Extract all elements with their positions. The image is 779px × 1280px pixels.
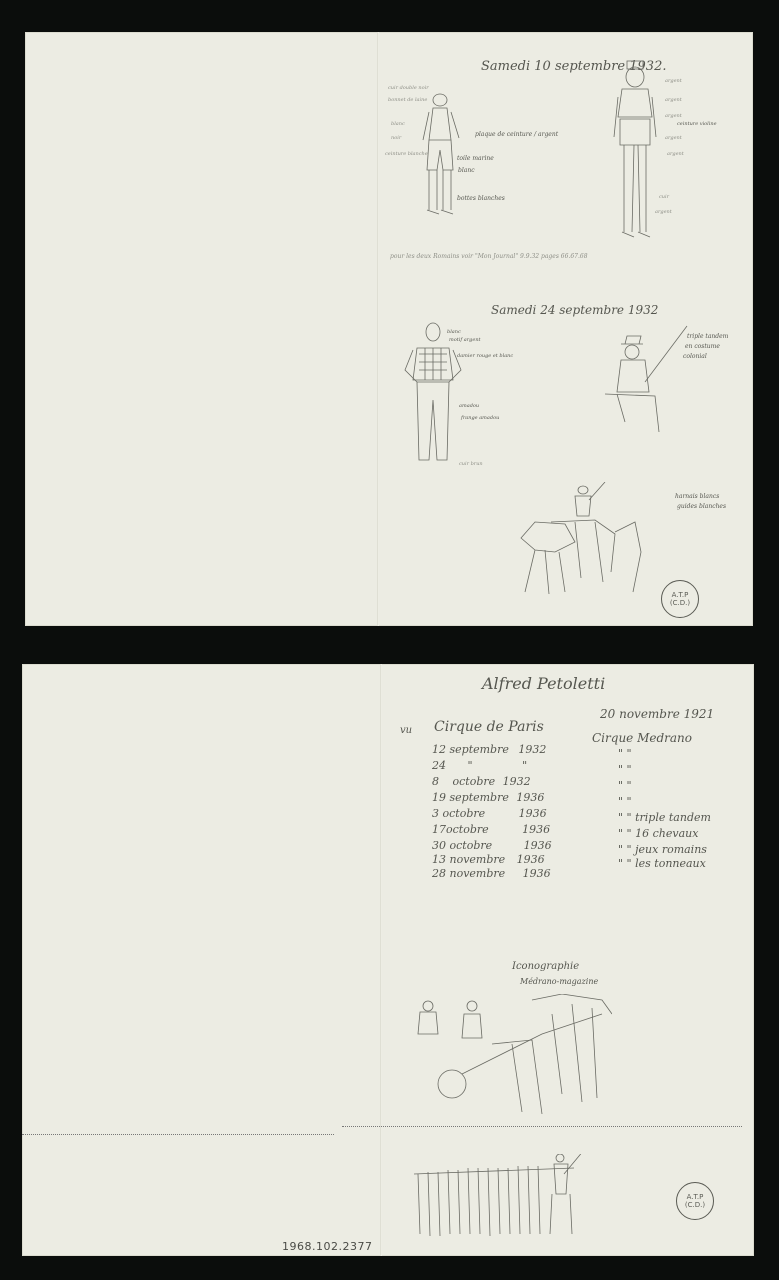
label: blanc [391,122,405,127]
sketch-horse-line-with-rider [414,1154,594,1244]
iconography-source: Médrano-magazine [520,978,598,986]
note: colonial [683,354,707,360]
date-row: 13 novembre 1936 [432,854,545,865]
sketch-carriage-with-horses [412,994,612,1124]
note: amadou [459,404,479,409]
sketch-seated-rider-with-stick [595,322,695,442]
accession-number: 1968.102.2377 [282,1240,372,1253]
sketch-horses-with-rider [515,482,645,602]
medrano-row: " " triple tandem [618,812,711,823]
archive-stamp: A.T.P (C.D.) [661,580,699,618]
medrano-row: " " [618,796,632,807]
stamp-line: A.T.P [687,1193,704,1201]
column-header-cirque-de-paris: Cirque de Paris [434,720,544,734]
iconography-title: Iconographie [512,962,579,972]
medrano-row: " " [618,780,632,791]
date-row: 30 octobre 1936 [432,840,552,851]
column-header-date: 20 novembre 1921 [600,708,714,720]
sketch-roman-figure [610,57,660,242]
note: argent [665,114,682,119]
dotted-line [342,1126,742,1127]
medrano-row: " " jeux romains [618,844,707,855]
column-header-cirque-medrano: Cirque Medrano [592,732,692,744]
label: noir [391,136,401,141]
note: argent [665,136,682,141]
date-row: 28 novembre 1936 [432,868,551,879]
date-row: 8 octobre 1932 [432,776,531,787]
medrano-row: " " 16 chevaux [618,828,698,839]
note: ceinture violine [677,122,717,127]
note: argent [667,152,684,157]
medrano-row: " " [618,748,632,759]
top-sheet: Samedi 10 septembre 1932. cuir double no… [25,32,753,626]
intro-word: vu [400,726,412,736]
note: motif argent [449,338,481,343]
medrano-row: " " les tonneaux [618,858,706,869]
fold-line [377,32,379,626]
date-row: 3 octobre 1936 [432,808,547,819]
reference-note: pour les deux Romains voir "Mon Journal"… [390,254,588,260]
bottom-sheet: Alfred Petoletti vu Cirque de Paris 20 n… [22,664,754,1256]
stamp-line: (C.D.) [685,1201,705,1209]
date-row: 12 septembre 1932 [432,744,546,755]
note: argent [665,98,682,103]
stamp-line: (C.D.) [670,599,690,607]
note: damier rouge et blanc [457,354,513,359]
dotted-line [22,1134,334,1135]
archive-stamp: A.T.P (C.D.) [676,1182,714,1220]
note: en costume [685,344,720,350]
stamp-line: A.T.P [672,591,689,599]
sketch-man-cavalier [415,90,465,220]
note: cuir [659,195,669,200]
note: frange amadou [461,416,499,421]
medrano-row: " " [618,764,632,775]
heading-24-september: Samedi 24 septembre 1932 [491,304,658,316]
note: harnais blancs [675,494,719,500]
date-row: 24 " " [432,760,527,771]
name-heading: Alfred Petoletti [482,676,605,692]
note: blanc [447,330,461,335]
date-row: 19 septembre 1936 [432,792,544,803]
note: argent [665,79,682,84]
date-row: 17octobre 1936 [432,824,550,835]
note: guides blanches [677,504,726,510]
note: argent [655,210,672,215]
note: triple tandem [687,334,728,340]
note: plaque de ceinture / argent [475,132,558,138]
note: cuir brun [459,462,483,467]
fold-line [380,664,382,1256]
